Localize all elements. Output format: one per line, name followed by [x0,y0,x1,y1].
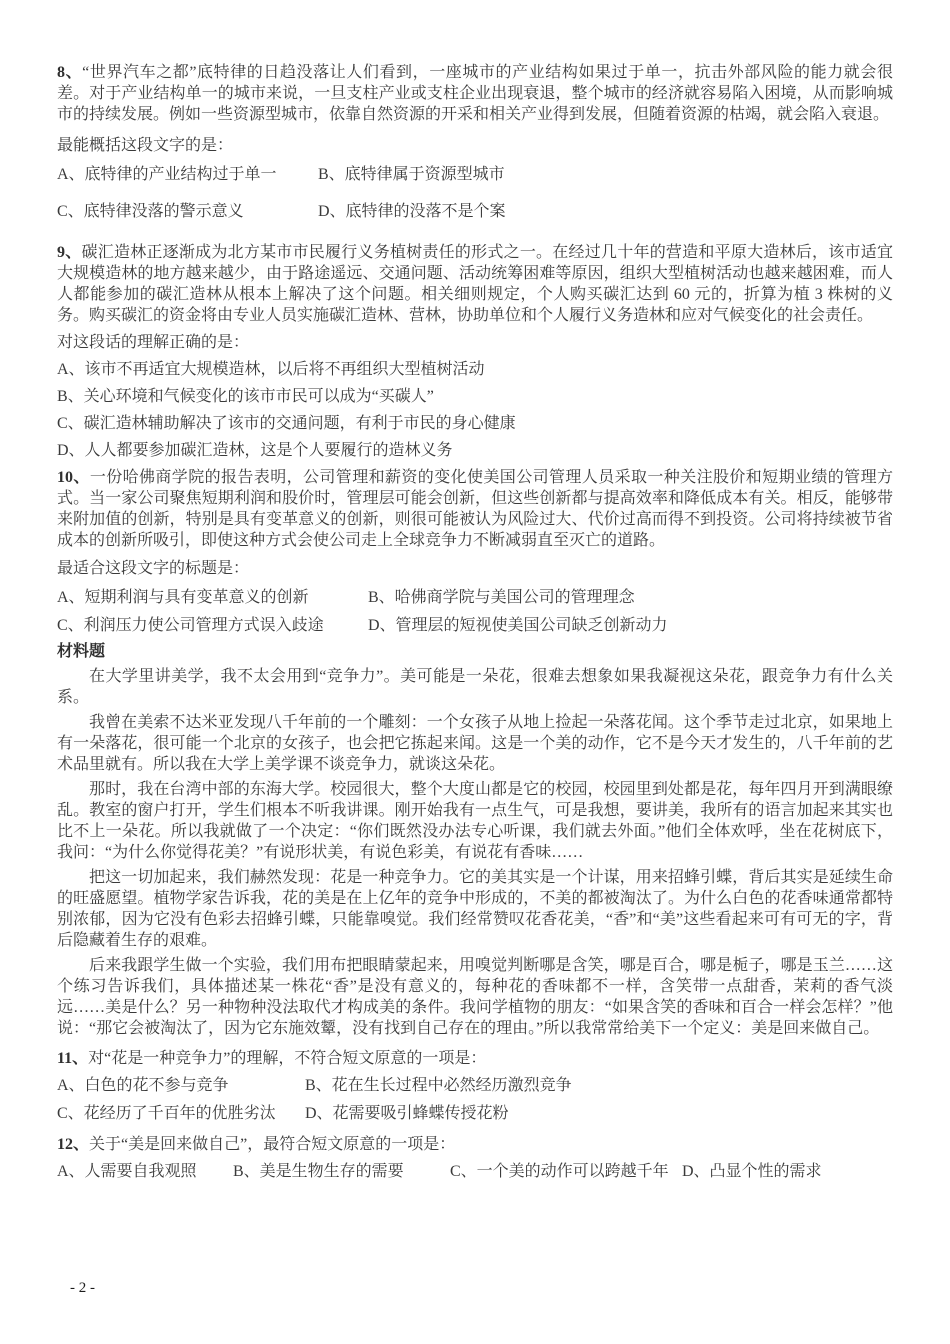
material-section-heading: 材料题 [57,641,893,662]
question-9-option-c-text: C、碳汇造林辅助解决了该市的交通问题，有利于市民的身心健康 [57,413,516,434]
question-9-option-d: D、人人都要参加碳汇造林，这是个人要履行的造林义务 [57,440,893,461]
question-9-text: 碳汇造林正逐渐成为北方某市市民履行义务植树责任的形式之一。在经过几十年的营造和平… [57,244,893,324]
page-number: - 2 - [70,1278,95,1299]
question-10-option-b: B、哈佛商学院与美国公司的管理理念 [368,587,635,608]
question-11-option-c: C、花经历了千百年的优胜劣汰 [57,1103,305,1124]
question-11-option-a: A、白色的花不参与竞争 [57,1075,305,1096]
question-9-prompt: 对这段话的理解正确的是： [57,332,893,353]
question-10-options-row-1: A、短期利润与具有变革意义的创新 B、哈佛商学院与美国公司的管理理念 [57,587,893,608]
question-9-option-a-text: A、该市不再适宜大规模造林，以后将不再组织大型植树活动 [57,359,485,380]
question-8-options-row-2: C、底特律没落的警示意义 D、底特律的没落不是个案 [57,201,893,222]
question-10-option-d: D、管理层的短视使美国公司缺乏创新动力 [368,615,668,636]
question-10-text: 一份哈佛商学院的报告表明，公司管理和薪资的变化使美国公司管理人员采取一种关注股价… [57,469,893,549]
question-11-number: 11、 [57,1050,88,1067]
question-10-body: 10、一份哈佛商学院的报告表明，公司管理和薪资的变化使美国公司管理人员采取一种关… [57,467,893,551]
question-9-number: 9、 [57,244,81,261]
material-paragraph-3: 那时，我在台湾中部的东海大学。校园很大，整个大度山都是它的校园，校园里到处都是花… [57,779,893,863]
question-11-text: 对“花是一种竞争力”的理解，不符合短文原意的一项是： [88,1050,486,1067]
material-paragraph-2: 我曾在美索不达米亚发现八千年前的一个雕刻：一个女孩子从地上捡起一朵落花闻。这个季… [57,712,893,775]
question-12-option-c: C、一个美的动作可以跨越千年 [450,1161,682,1182]
question-9-option-c: C、碳汇造林辅助解决了该市的交通问题，有利于市民的身心健康 [57,413,893,434]
question-11-stem: 11、对“花是一种竞争力”的理解，不符合短文原意的一项是： [57,1048,893,1069]
question-10-number: 10、 [57,469,90,486]
material-paragraph-4: 把这一切加起来，我们赫然发现：花是一种竞争力。它的美其实是一个计谋，用来招蜂引蝶… [57,867,893,951]
question-12-option-d: D、凸显个性的需求 [682,1161,822,1182]
question-8-option-d: D、底特律的没落不是个案 [318,201,506,222]
question-11-option-b: B、花在生长过程中必然经历激烈竞争 [305,1075,572,1096]
question-9-option-a: A、该市不再适宜大规模造林，以后将不再组织大型植树活动 [57,359,893,380]
question-12: 12、关于“美是回来做自己”，最符合短文原意的一项是： A、人需要自我观照 B、… [57,1134,893,1182]
question-12-stem: 12、关于“美是回来做自己”，最符合短文原意的一项是： [57,1134,893,1155]
question-9-option-b-text: B、关心环境和气候变化的该市市民可以成为“买碳人” [57,386,434,407]
question-9-option-b: B、关心环境和气候变化的该市市民可以成为“买碳人” [57,386,893,407]
question-10-option-a: A、短期利润与具有变革意义的创新 [57,587,368,608]
question-11-option-d: D、花需要吸引蜂蝶传授花粉 [305,1103,509,1124]
material-paragraph-1: 在大学里讲美学，我不太会用到“竞争力”。美可能是一朵花，很难去想象如果我凝视这朵… [57,666,893,708]
question-9: 9、碳汇造林正逐渐成为北方某市市民履行义务植树责任的形式之一。在经过几十年的营造… [57,242,893,461]
question-11-options-row-1: A、白色的花不参与竞争 B、花在生长过程中必然经历激烈竞争 [57,1075,893,1096]
question-11-options-row-2: C、花经历了千百年的优胜劣汰 D、花需要吸引蜂蝶传授花粉 [57,1103,893,1124]
question-12-text: 关于“美是回来做自己”，最符合短文原意的一项是： [89,1136,455,1153]
question-8-number: 8、 [57,64,82,81]
question-10-option-c: C、利润压力使公司管理方式误入歧途 [57,615,368,636]
question-9-body: 9、碳汇造林正逐渐成为北方某市市民履行义务植树责任的形式之一。在经过几十年的营造… [57,242,893,326]
question-12-option-b: B、美是生物生存的需要 [233,1161,450,1182]
question-9-option-d-text: D、人人都要参加碳汇造林，这是个人要履行的造林义务 [57,440,453,461]
question-8-option-b: B、底特律属于资源型城市 [318,164,505,185]
question-11: 11、对“花是一种竞争力”的理解，不符合短文原意的一项是： A、白色的花不参与竞… [57,1048,893,1124]
question-10: 10、一份哈佛商学院的报告表明，公司管理和薪资的变化使美国公司管理人员采取一种关… [57,467,893,636]
question-12-number: 12、 [57,1136,89,1153]
question-8-options-row-1: A、底特律的产业结构过于单一 B、底特律属于资源型城市 [57,164,893,185]
question-12-options-row: A、人需要自我观照 B、美是生物生存的需要 C、一个美的动作可以跨越千年 D、凸… [57,1161,893,1182]
exam-page: 8、“世界汽车之都”底特律的日趋没落让人们看到，一座城市的产业结构如果过于单一，… [0,0,950,1344]
question-10-prompt: 最适合这段文字的标题是： [57,558,893,579]
question-8-option-a: A、底特律的产业结构过于单一 [57,164,318,185]
question-8-body: 8、“世界汽车之都”底特律的日趋没落让人们看到，一座城市的产业结构如果过于单一，… [57,62,893,125]
material-paragraph-5: 后来我跟学生做一个实验，我们用布把眼睛蒙起来，用嗅觉判断哪是含笑，哪是百合，哪是… [57,955,893,1039]
question-8-prompt: 最能概括这段文字的是： [57,135,893,156]
question-8-text: “世界汽车之都”底特律的日趋没落让人们看到，一座城市的产业结构如果过于单一，抗击… [57,64,893,123]
question-8: 8、“世界汽车之都”底特律的日趋没落让人们看到，一座城市的产业结构如果过于单一，… [57,62,893,222]
question-10-options-row-2: C、利润压力使公司管理方式误入歧途 D、管理层的短视使美国公司缺乏创新动力 [57,615,893,636]
question-8-option-c: C、底特律没落的警示意义 [57,201,318,222]
question-12-option-a: A、人需要自我观照 [57,1161,233,1182]
